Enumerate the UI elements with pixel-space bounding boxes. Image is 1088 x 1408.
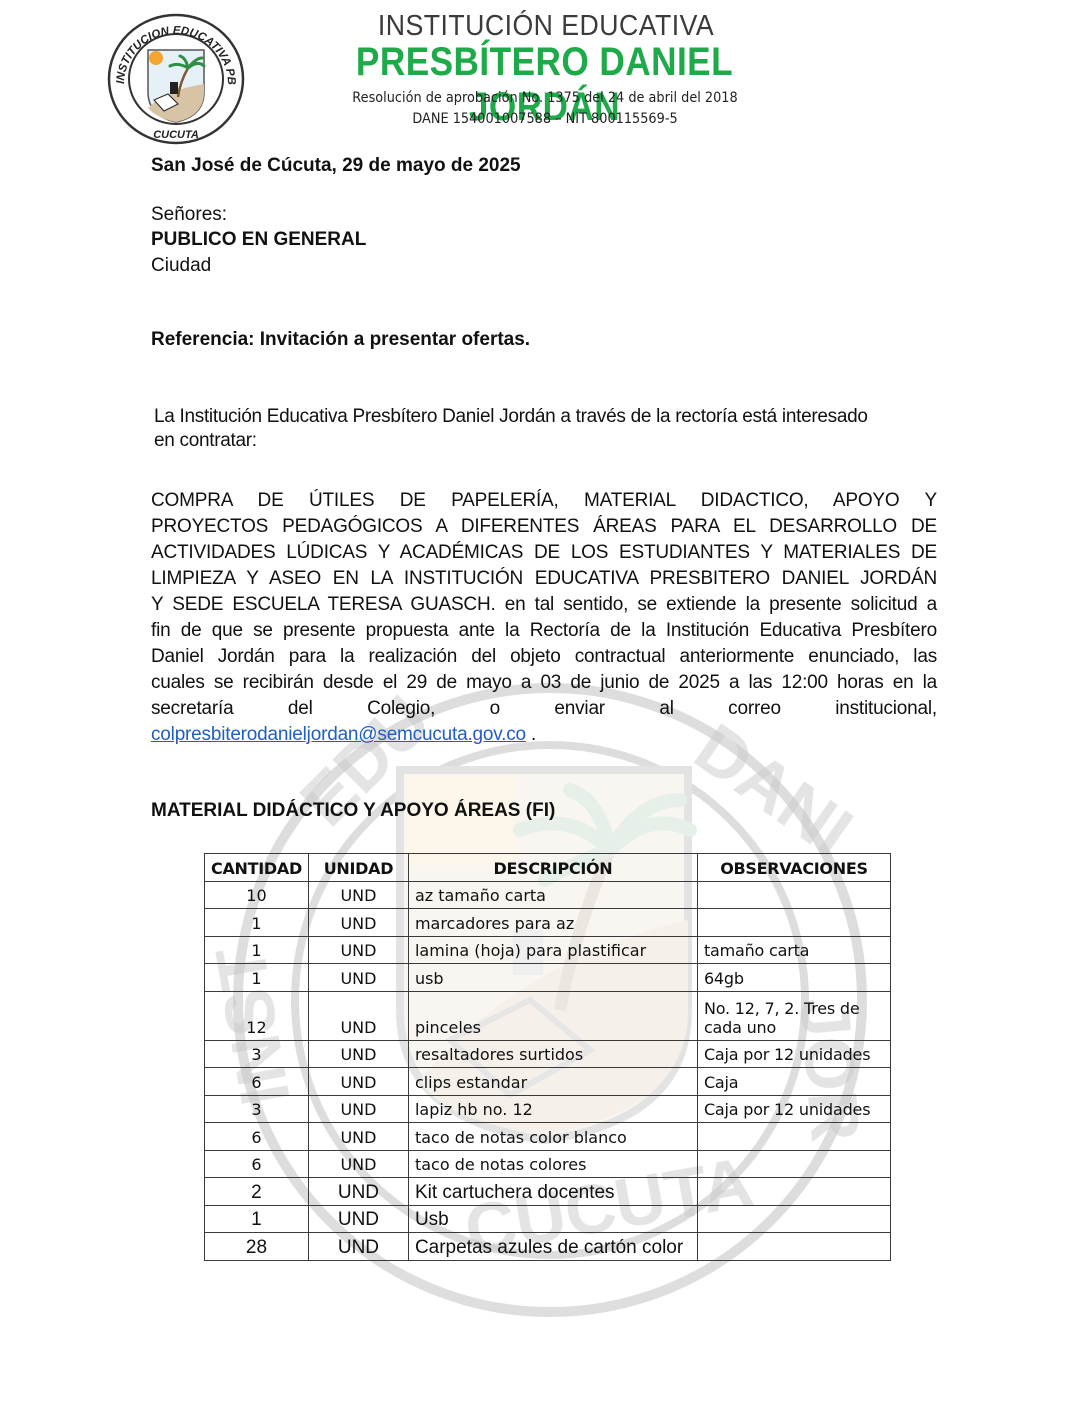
salutation: Señores: [151, 204, 227, 226]
table-row: 1UNDUsb [205, 1205, 891, 1233]
cell-cantidad: 6 [205, 1123, 309, 1151]
cell-observaciones [697, 1233, 890, 1261]
cell-unidad: UND [308, 1095, 408, 1123]
cell-unidad: UND [308, 881, 408, 909]
cell-cantidad: 2 [205, 1178, 309, 1206]
cell-observaciones: 64gb [697, 964, 890, 992]
cell-unidad: UND [308, 964, 408, 992]
table-row: 28UNDCarpetas azules de cartón color [205, 1233, 891, 1261]
paragraph-line: COMPRA DE ÚTILES DE PAPELERÍA, MATERIAL … [151, 488, 937, 514]
recipient: PUBLICO EN GENERAL [151, 229, 366, 251]
cell-descripcion: pinceles [408, 991, 697, 1040]
cell-observaciones [697, 1123, 890, 1151]
table-row: 1UNDlamina (hoja) para plastificartamaño… [205, 936, 891, 964]
cell-cantidad: 6 [205, 1150, 309, 1178]
table-row: 3UNDresaltadores surtidosCaja por 12 uni… [205, 1040, 891, 1068]
cell-cantidad: 1 [205, 964, 309, 992]
cell-unidad: UND [308, 1123, 408, 1151]
intro-line: La Institución Educativa Presbítero Dani… [154, 405, 934, 429]
cell-unidad: UND [308, 1205, 408, 1233]
cell-descripcion: taco de notas color blanco [408, 1123, 697, 1151]
table-row: 6UNDclips estandarCaja [205, 1068, 891, 1096]
resolution-text: Resolución de aprobación No. 1375 del 24… [301, 88, 789, 109]
table-row: 1UNDmarcadores para az [205, 909, 891, 937]
cell-cantidad: 3 [205, 1095, 309, 1123]
cell-observaciones: Caja por 12 unidades [697, 1040, 890, 1068]
table-row: 6UNDtaco de notas color blanco [205, 1123, 891, 1151]
reference-line: Referencia: Invitación a presentar ofert… [151, 329, 530, 351]
cell-descripcion: resaltadores surtidos [408, 1040, 697, 1068]
paragraph-line: fin de que se presente propuesta ante la… [151, 618, 937, 644]
main-paragraph: COMPRA DE ÚTILES DE PAPELERÍA, MATERIAL … [151, 488, 937, 748]
cell-cantidad: 12 [205, 991, 309, 1040]
email-suffix: . [526, 724, 536, 745]
table-header-row: CANTIDAD UNIDAD DESCRIPCIÓN OBSERVACIONE… [205, 854, 891, 882]
letterhead: INSTITUCION EDUCATIVA PBRO DANIEL JORDAN… [0, 0, 1088, 150]
cell-unidad: UND [308, 991, 408, 1040]
header-cantidad: CANTIDAD [205, 854, 309, 882]
cell-descripcion: lamina (hoja) para plastificar [408, 936, 697, 964]
paragraph-line: cuales se recibirán desde el 29 de mayo … [151, 670, 937, 696]
table-row: 6UNDtaco de notas colores [205, 1150, 891, 1178]
cell-descripcion: Kit cartuchera docentes [408, 1178, 697, 1206]
cell-observaciones: Caja por 12 unidades [697, 1095, 890, 1123]
cell-unidad: UND [308, 936, 408, 964]
header-observaciones: OBSERVACIONES [697, 854, 890, 882]
cell-observaciones [697, 1205, 890, 1233]
cell-descripcion: marcadores para az [408, 909, 697, 937]
paragraph-line: LIMPIEZA Y ASEO EN LA INSTITUCIÓN EDUCAT… [151, 566, 937, 592]
cell-unidad: UND [308, 909, 408, 937]
items-table: CANTIDAD UNIDAD DESCRIPCIÓN OBSERVACIONE… [204, 853, 891, 1261]
cell-descripcion: taco de notas colores [408, 1150, 697, 1178]
header-descripcion: DESCRIPCIÓN [408, 854, 697, 882]
cell-observaciones [697, 1150, 890, 1178]
cell-observaciones: Caja [697, 1068, 890, 1096]
dane-nit-text: DANE 154001007588 – NIT 800115569-5 [301, 109, 789, 130]
cell-cantidad: 3 [205, 1040, 309, 1068]
table-row: 10UNDaz tamaño carta [205, 881, 891, 909]
cell-descripcion: Carpetas azules de cartón color [408, 1233, 697, 1261]
paragraph-line: PROYECTOS PEDAGÓGICOS A DIFERENTES ÁREAS… [151, 514, 937, 540]
cell-cantidad: 28 [205, 1233, 309, 1261]
cell-descripcion: az tamaño carta [408, 881, 697, 909]
email-link[interactable]: colpresbiterodanieljordan@semcucuta.gov.… [151, 724, 526, 745]
cell-descripcion: Usb [408, 1205, 697, 1233]
table-body: 10UNDaz tamaño carta1UNDmarcadores para … [205, 881, 891, 1260]
cell-descripcion: clips estandar [408, 1068, 697, 1096]
cell-cantidad: 1 [205, 1205, 309, 1233]
cell-observaciones: No. 12, 7, 2. Tres de cada uno [697, 991, 890, 1040]
table-row: 1UNDusb64gb [205, 964, 891, 992]
cell-observaciones [697, 1178, 890, 1206]
recipient-city: Ciudad [151, 255, 211, 277]
cell-unidad: UND [308, 1178, 408, 1206]
cell-observaciones [697, 909, 890, 937]
resolution-info: Resolución de aprobación No. 1375 del 24… [301, 88, 789, 130]
cell-observaciones: tamaño carta [697, 936, 890, 964]
cell-descripcion: lapiz hb no. 12 [408, 1095, 697, 1123]
institution-name-line1: INSTITUCIÓN EDUCATIVA [292, 10, 800, 43]
paragraph-line: secretaría del Colegio, o enviar al corr… [151, 696, 937, 722]
cell-unidad: UND [308, 1068, 408, 1096]
cell-cantidad: 6 [205, 1068, 309, 1096]
cell-unidad: UND [308, 1233, 408, 1261]
table-row: 12UNDpincelesNo. 12, 7, 2. Tres de cada … [205, 991, 891, 1040]
cell-unidad: UND [308, 1150, 408, 1178]
cell-observaciones [697, 881, 890, 909]
table-row: 2UNDKit cartuchera docentes [205, 1178, 891, 1206]
header-unidad: UNIDAD [308, 854, 408, 882]
cell-cantidad: 1 [205, 909, 309, 937]
paragraph-line: Daniel Jordán para la realización del ob… [151, 644, 937, 670]
paragraph-line: Y SEDE ESCUELA TERESA GUASCH. en tal sen… [151, 592, 937, 618]
intro-line: en contratar: [154, 429, 934, 453]
section-title: MATERIAL DIDÁCTICO Y APOYO ÁREAS (FI) [151, 800, 555, 822]
intro-paragraph: La Institución Educativa Presbítero Dani… [154, 405, 934, 453]
paragraph-line: ACTIVIDADES LÚDICAS Y ACADÉMICAS DE LOS … [151, 540, 937, 566]
letter-date: San José de Cúcuta, 29 de mayo de 2025 [151, 155, 521, 177]
cell-unidad: UND [308, 1040, 408, 1068]
cell-cantidad: 1 [205, 936, 309, 964]
school-seal-logo-icon: INSTITUCION EDUCATIVA PBRO DANIEL JORDAN… [106, 12, 246, 146]
email-line: colpresbiterodanieljordan@semcucuta.gov.… [151, 722, 937, 748]
cell-cantidad: 10 [205, 881, 309, 909]
cell-descripcion: usb [408, 964, 697, 992]
svg-text:CUCUTA: CUCUTA [153, 129, 199, 141]
table-row: 3UNDlapiz hb no. 12Caja por 12 unidades [205, 1095, 891, 1123]
